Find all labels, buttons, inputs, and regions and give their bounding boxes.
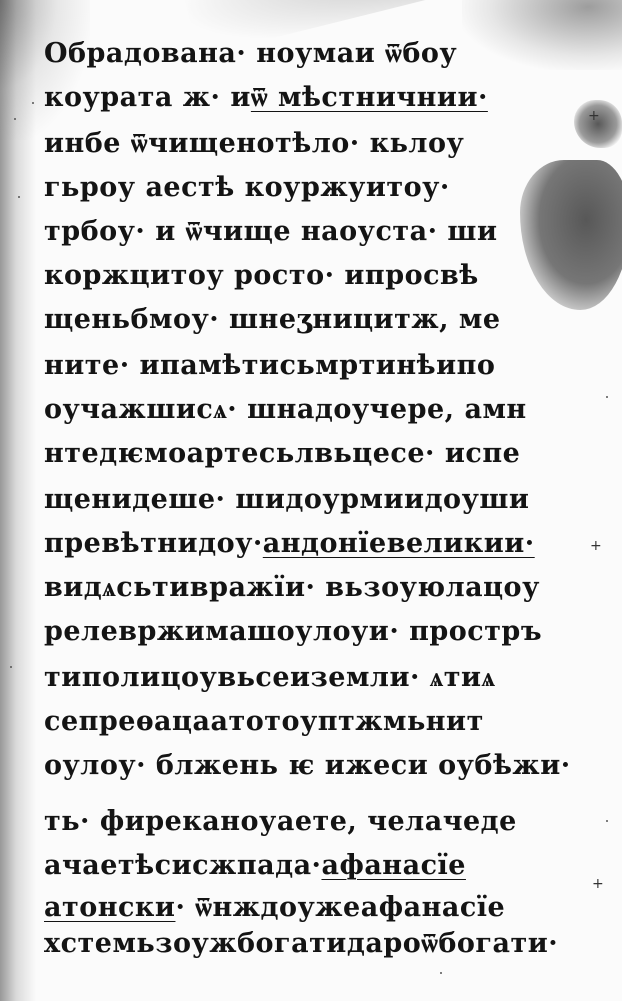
paper-speck <box>10 666 12 668</box>
text-line-4: гьроу аестѣ коуржуитоу· <box>44 174 450 201</box>
text-line-13: видѧсьтивражїи· вьзоуюлацоу <box>44 574 540 601</box>
text-line-20: атонски· ѿнждоужеафанасїе <box>44 894 505 921</box>
text-line-21: хстемьзоужбогатидароѿбогати· <box>44 930 558 957</box>
ink-blot-large <box>520 160 622 310</box>
text-line-7: щеньбмоу· шнеӡницитж, ме <box>44 306 501 333</box>
text-line-12: превѣтнидоу·андонїевеликии· <box>44 530 535 557</box>
text-line-10: нтедѥмоартесьлвьцесе· испе <box>44 440 520 467</box>
text-line-2: коурата ж· иѿ мѣстничнии· <box>44 84 488 111</box>
binding-shadow <box>0 0 36 1001</box>
paper-speck <box>14 118 16 120</box>
text-line-8: ните· ипамѣтисьмртинѣипо <box>44 352 495 379</box>
paper-speck <box>32 102 34 104</box>
paper-speck <box>440 972 442 974</box>
text-line-6: коржцитоу росто· ипросвѣ <box>44 262 479 289</box>
rubric-underline: ѿ мѣстничнии· <box>251 82 488 113</box>
margin-cross-mark: + <box>590 538 602 554</box>
text-line-3: инбе ѿчищенотѣло· кьлоу <box>44 130 464 157</box>
rubric-underline: андонїевеликии· <box>263 528 535 559</box>
text-line-17: оулоу· блжень ѥ ижеси оубѣжи· <box>44 752 571 779</box>
margin-cross-mark: + <box>588 108 600 124</box>
text-line-1: Обрадована· ноумаи ѿбоу <box>44 40 457 67</box>
text-line-14: релевржимашоулоуи· простръ <box>44 618 542 645</box>
paper-speck <box>606 396 608 398</box>
text-line-16: сепреѳацаатотоуптжмьнит <box>44 708 484 735</box>
rubric-underline: атонски <box>44 892 175 923</box>
corner-stain <box>462 0 622 70</box>
paper-speck <box>18 196 20 198</box>
text-line-19: ачаетѣсисжпада·афанасїе <box>44 852 466 879</box>
manuscript-page: Обрадована· ноумаи ѿбоу коурата ж· иѿ мѣ… <box>0 0 622 1001</box>
rubric-underline: афанасїе <box>321 850 465 881</box>
text-line-15: типолицоувьсеиземли· ѧтиѧ <box>44 664 496 691</box>
text-line-11: щенидеше· шидоурмиидоуши <box>44 486 529 513</box>
paper-speck <box>606 820 608 822</box>
text-line-9: оучажшисѧ· шнадоучере, амн <box>44 396 527 423</box>
margin-cross-mark: + <box>592 876 604 892</box>
text-line-5: трбоу· и ѿчище наоуста· ши <box>44 218 497 245</box>
text-line-18: ть· фиреканоуаете, челачеде <box>44 808 517 835</box>
